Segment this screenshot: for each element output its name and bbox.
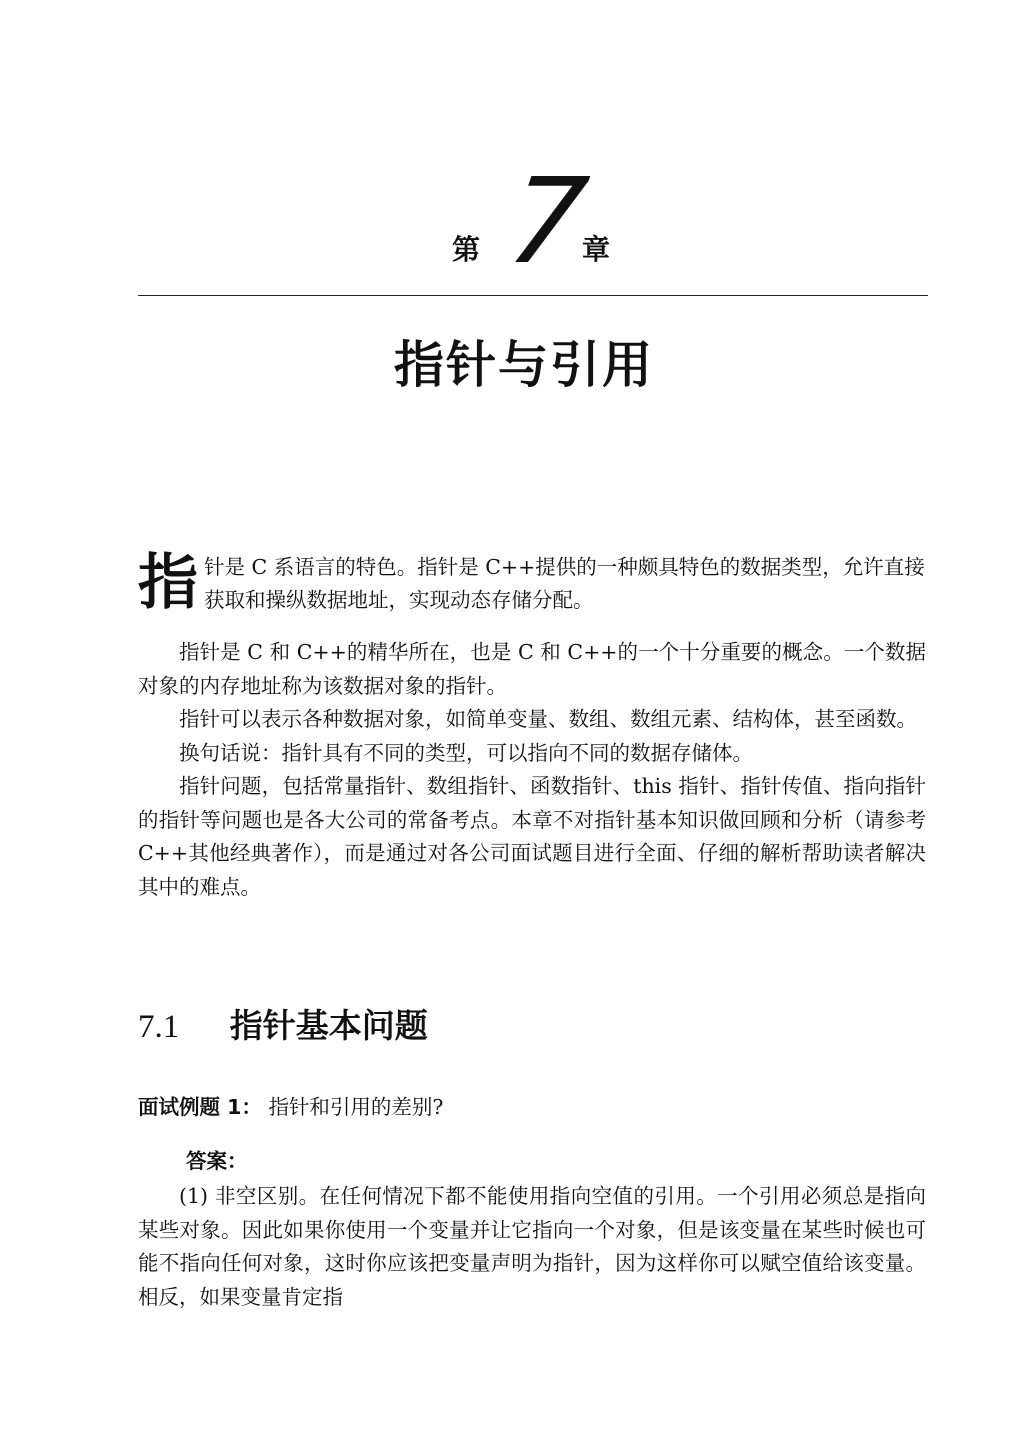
drop-cap: 指 — [138, 553, 198, 617]
chapter-suffix: 章 — [582, 228, 610, 268]
paragraph: 指针是 C 和 C++的精华所在，也是 C 和 C++的一个十分重要的概念。一个… — [138, 636, 926, 703]
chapter-prefix: 第 — [452, 228, 480, 268]
paragraph: 指针可以表示各种数据对象，如简单变量、数组、数组元素、结构体，甚至函数。 — [138, 703, 926, 737]
chapter-heading: 第 7 章 — [0, 170, 1018, 280]
paragraph: 换句话说：指针具有不同的类型，可以指向不同的数据存储体。 — [138, 737, 926, 771]
chapter-title: 指针与引用 — [0, 325, 1018, 397]
section-number: 7.1 — [138, 1009, 179, 1045]
intro-text: 针是 C 系语言的特色。指针是 C++提供的一种颇具特色的数据类型，允许直接获取… — [204, 555, 925, 612]
question-label: 面试例题 1： — [138, 1095, 262, 1119]
question-text: 指针和引用的差别? — [268, 1095, 443, 1119]
paragraph: 指针问题，包括常量指针、数组指针、函数指针、this 指针、指针传值、指向指针的… — [138, 770, 926, 904]
answer-paragraph: (1) 非空区别。在任何情况下都不能使用指向空值的引用。一个引用必须总是指向某些… — [138, 1180, 926, 1314]
intro-paragraph: 指 针是 C 系语言的特色。指针是 C++提供的一种颇具特色的数据类型，允许直接… — [138, 551, 928, 617]
intro-body: 指针是 C 和 C++的精华所在，也是 C 和 C++的一个十分重要的概念。一个… — [138, 636, 926, 904]
chapter-divider — [138, 295, 928, 296]
section-heading: 7.1 指针基本问题 — [138, 1000, 428, 1047]
answer-body: (1) 非空区别。在任何情况下都不能使用指向空值的引用。一个引用必须总是指向某些… — [138, 1180, 926, 1314]
interview-question: 面试例题 1： 指针和引用的差别? — [138, 1090, 443, 1120]
answer-label: 答案： — [186, 1144, 248, 1174]
section-title: 指针基本问题 — [230, 1006, 428, 1045]
chapter-number: 7 — [502, 162, 590, 280]
